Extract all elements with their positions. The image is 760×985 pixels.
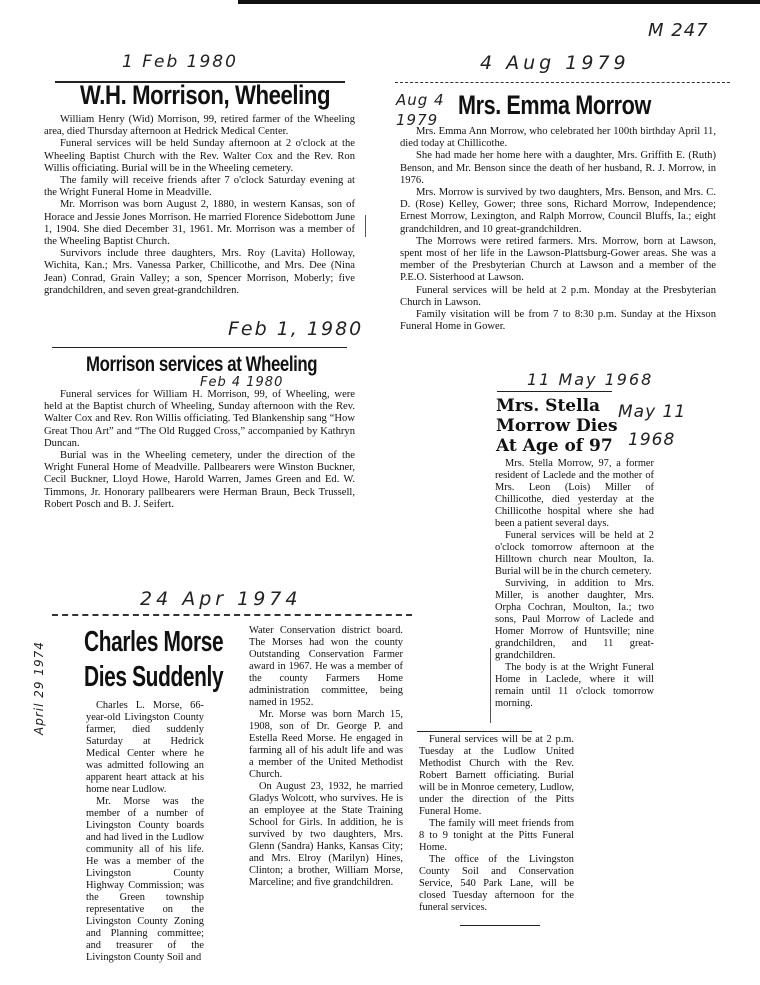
headline: Charles Morse Dies Suddenly xyxy=(84,625,223,695)
article-body: Mrs. Stella Morrow, 97, a former residen… xyxy=(495,458,654,710)
article-body-col3: Funeral services will be at 2 p.m. Tuesd… xyxy=(419,734,574,914)
footer-date-note: Feb 1, 1980 xyxy=(228,318,363,340)
date-note: 4 Aug 1979 xyxy=(480,52,630,74)
article-body: Mrs. Emma Ann Morrow, who celebrated her… xyxy=(400,126,716,333)
article-body: William Henry (Wid) Morrison, 99, retire… xyxy=(44,114,355,297)
date-note: 11 May 1968 xyxy=(527,370,653,389)
side-date-note: April 29 1974 xyxy=(32,625,46,735)
divider xyxy=(460,925,540,926)
side-date-note: May 11 1968 xyxy=(618,398,686,454)
date-note: 24 Apr 1974 xyxy=(140,588,301,610)
scan-mark xyxy=(365,215,366,237)
article-body: Funeral services for William H. Morrison… xyxy=(44,389,355,511)
headline: Mrs. Emma Morrow xyxy=(458,90,651,121)
headline: Morrison services at Wheeling xyxy=(86,353,317,377)
article-body-col1: Charles L. Morse, 66-year-old Livingston… xyxy=(86,700,204,964)
catalog-mark: M 247 xyxy=(648,20,709,41)
date-note: 1 Feb 1980 xyxy=(122,52,238,72)
divider xyxy=(417,731,532,732)
divider xyxy=(52,614,412,616)
headline: W.H. Morrison, Wheeling xyxy=(80,80,330,111)
scan-edge-bar xyxy=(238,0,760,4)
divider xyxy=(497,391,612,392)
scan-edge xyxy=(490,648,491,723)
headline: Mrs. Stella Morrow Dies At Age of 97 xyxy=(496,396,636,456)
side-date-note: Aug 4 1979 xyxy=(396,90,446,130)
divider xyxy=(395,82,730,83)
date-note: Feb 4 1980 xyxy=(200,375,283,390)
article-body-col2: Water Conservation district board. The M… xyxy=(249,625,403,889)
divider xyxy=(52,347,347,348)
